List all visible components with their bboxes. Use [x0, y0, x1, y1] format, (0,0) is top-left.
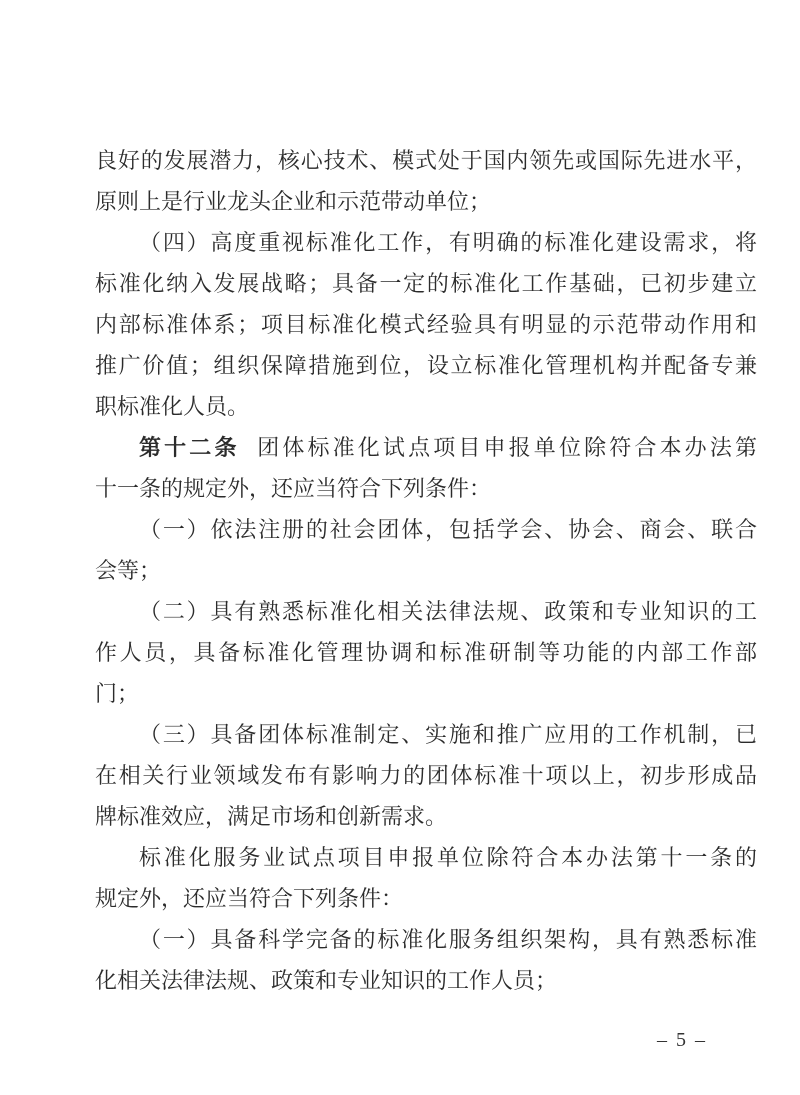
doc-line: 标准化服务业试点项目申报单位除符合本办法第十一条的 [95, 837, 757, 878]
doc-line: 会等； [95, 550, 757, 591]
doc-line: 在相关行业领域发布有影响力的团体标准十项以上，初步形成品 [95, 755, 757, 796]
document-page: 良好的发展潜力，核心技术、模式处于国内领先或国际先进水平， 原则上是行业龙头企业… [0, 0, 800, 1095]
doc-line: 门； [95, 673, 757, 714]
doc-line-article-12: 第十二条团体标准化试点项目申报单位除符合本办法第 [95, 427, 757, 468]
doc-line: 化相关法律法规、政策和专业知识的工作人员； [95, 960, 757, 1001]
document-text-block: 良好的发展潜力，核心技术、模式处于国内领先或国际先进水平， 原则上是行业龙头企业… [95, 140, 757, 1001]
page-number: – 5 – [657, 1028, 707, 1052]
doc-line: 作人员，具备标准化管理协调和标准研制等功能的内部工作部 [95, 632, 757, 673]
doc-line: 标准化纳入发展战略；具备一定的标准化工作基础，已初步建立 [95, 263, 757, 304]
article-12-text: 团体标准化试点项目申报单位除符合本办法第 [257, 435, 757, 460]
doc-line: 牌标准效应，满足市场和创新需求。 [95, 796, 757, 837]
article-12-heading: 第十二条 [139, 435, 240, 460]
doc-line: 良好的发展潜力，核心技术、模式处于国内领先或国际先进水平， [95, 140, 757, 181]
doc-line: 推广价值；组织保障措施到位，设立标准化管理机构并配备专兼 [95, 345, 757, 386]
doc-line: 十一条的规定外，还应当符合下列条件： [95, 468, 757, 509]
doc-line: 职标准化人员。 [95, 386, 757, 427]
doc-line: 原则上是行业龙头企业和示范带动单位； [95, 181, 757, 222]
doc-line: （三）具备团体标准制定、实施和推广应用的工作机制，已 [95, 714, 757, 755]
doc-line: （一）具备科学完备的标准化服务组织架构，具有熟悉标准 [95, 919, 757, 960]
doc-line: 内部标准体系；项目标准化模式经验具有明显的示范带动作用和 [95, 304, 757, 345]
doc-line: （一）依法注册的社会团体，包括学会、协会、商会、联合 [95, 509, 757, 550]
doc-line: （四）高度重视标准化工作，有明确的标准化建设需求，将 [95, 222, 757, 263]
doc-line: 规定外，还应当符合下列条件： [95, 878, 757, 919]
doc-line: （二）具有熟悉标准化相关法律法规、政策和专业知识的工 [95, 591, 757, 632]
